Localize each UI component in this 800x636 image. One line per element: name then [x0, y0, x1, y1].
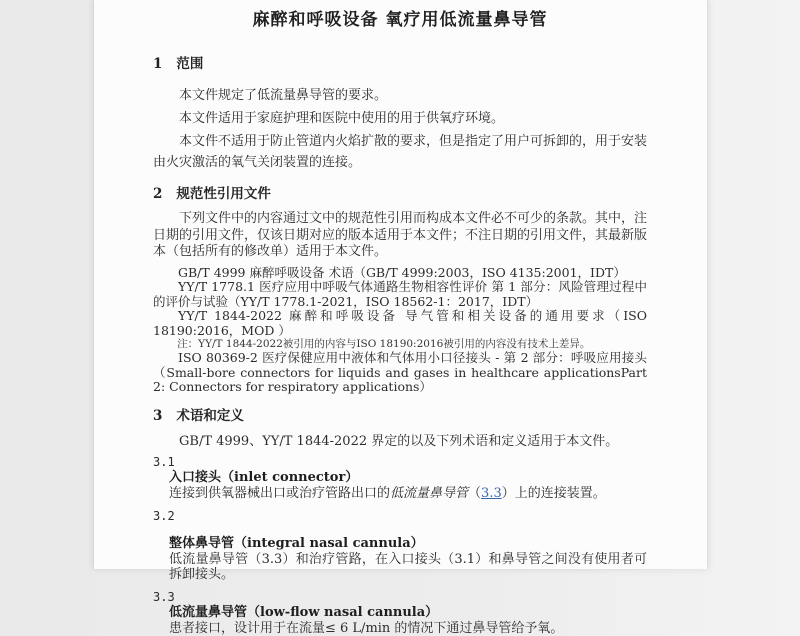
section-1-heading: 1范围: [153, 57, 647, 72]
section-2-heading: 2规范性引用文件: [153, 187, 647, 202]
section-3-heading: 3术语和定义: [153, 409, 647, 424]
definition-text: ）上的连接装置。: [502, 486, 606, 501]
definition-text: 连接到供氧器械出口或治疗管路出口的: [169, 486, 390, 501]
reference-item: GB/T 4999 麻醉呼吸设备 术语（GB/T 4999:2003，ISO 4…: [153, 266, 647, 281]
reference-item: YY/T 1778.1 医疗应用中呼吸气体通路生物相容性评价 第 1 部分：风险…: [153, 280, 647, 309]
reference-item: YY/T 1844-2022 麻醉和呼吸设备 导气管和相关设备的通用要求（ISO…: [153, 309, 647, 338]
paragraph: 本文件规定了低流量鼻导管的要求。: [153, 85, 647, 106]
section-1-number: 1: [153, 57, 162, 72]
section-2-number: 2: [153, 187, 162, 202]
term-name: 整体鼻导管（integral nasal cannula）: [169, 536, 647, 551]
paragraph: 本文件不适用于防止管道内火焰扩散的要求，但是指定了用户可拆卸的，用于安装由火灾激…: [153, 131, 647, 173]
definition-term-italic: 低流量鼻导管: [390, 486, 468, 501]
section-3-number: 3: [153, 409, 162, 424]
reference-item: ISO 80369-2 医疗保健应用中液体和气体用小口径接头 - 第 2 部分：…: [153, 351, 647, 395]
section-2-intro: 下列文件中的内容通过文中的规范性引用而构成本文件必不可少的条款。其中，注日期的引…: [153, 211, 647, 261]
document-title: 麻醉和呼吸设备 氧疗用低流量鼻导管: [153, 9, 647, 31]
section-3-intro: GB/T 4999、YY/T 1844-2022 界定的以及下列术语和定义适用于…: [153, 434, 647, 449]
term-definition: 连接到供氧器械出口或治疗管路出口的低流量鼻导管（3.3）上的连接装置。: [169, 486, 647, 501]
paragraph: 本文件适用于家庭护理和医院中使用的用于供氧疗环境。: [153, 108, 647, 129]
section-1-title: 范围: [176, 57, 203, 72]
clause-number: 3.1: [153, 455, 647, 469]
document-page: 麻醉和呼吸设备 氧疗用低流量鼻导管 1范围 本文件规定了低流量鼻导管的要求。 本…: [93, 0, 708, 569]
clause-number: 3.2: [153, 509, 647, 523]
term-definition: 低流量鼻导管（3.3）和治疗管路，在入口接头（3.1）和鼻导管之间没有使用者可拆…: [169, 552, 647, 570]
section-3-title: 术语和定义: [176, 409, 244, 424]
clause-link-3.3[interactable]: 3.3: [481, 486, 502, 501]
term-name: 入口接头（inlet connector）: [169, 470, 647, 485]
definition-text: （: [468, 486, 481, 501]
section-2-title: 规范性引用文件: [176, 187, 271, 202]
